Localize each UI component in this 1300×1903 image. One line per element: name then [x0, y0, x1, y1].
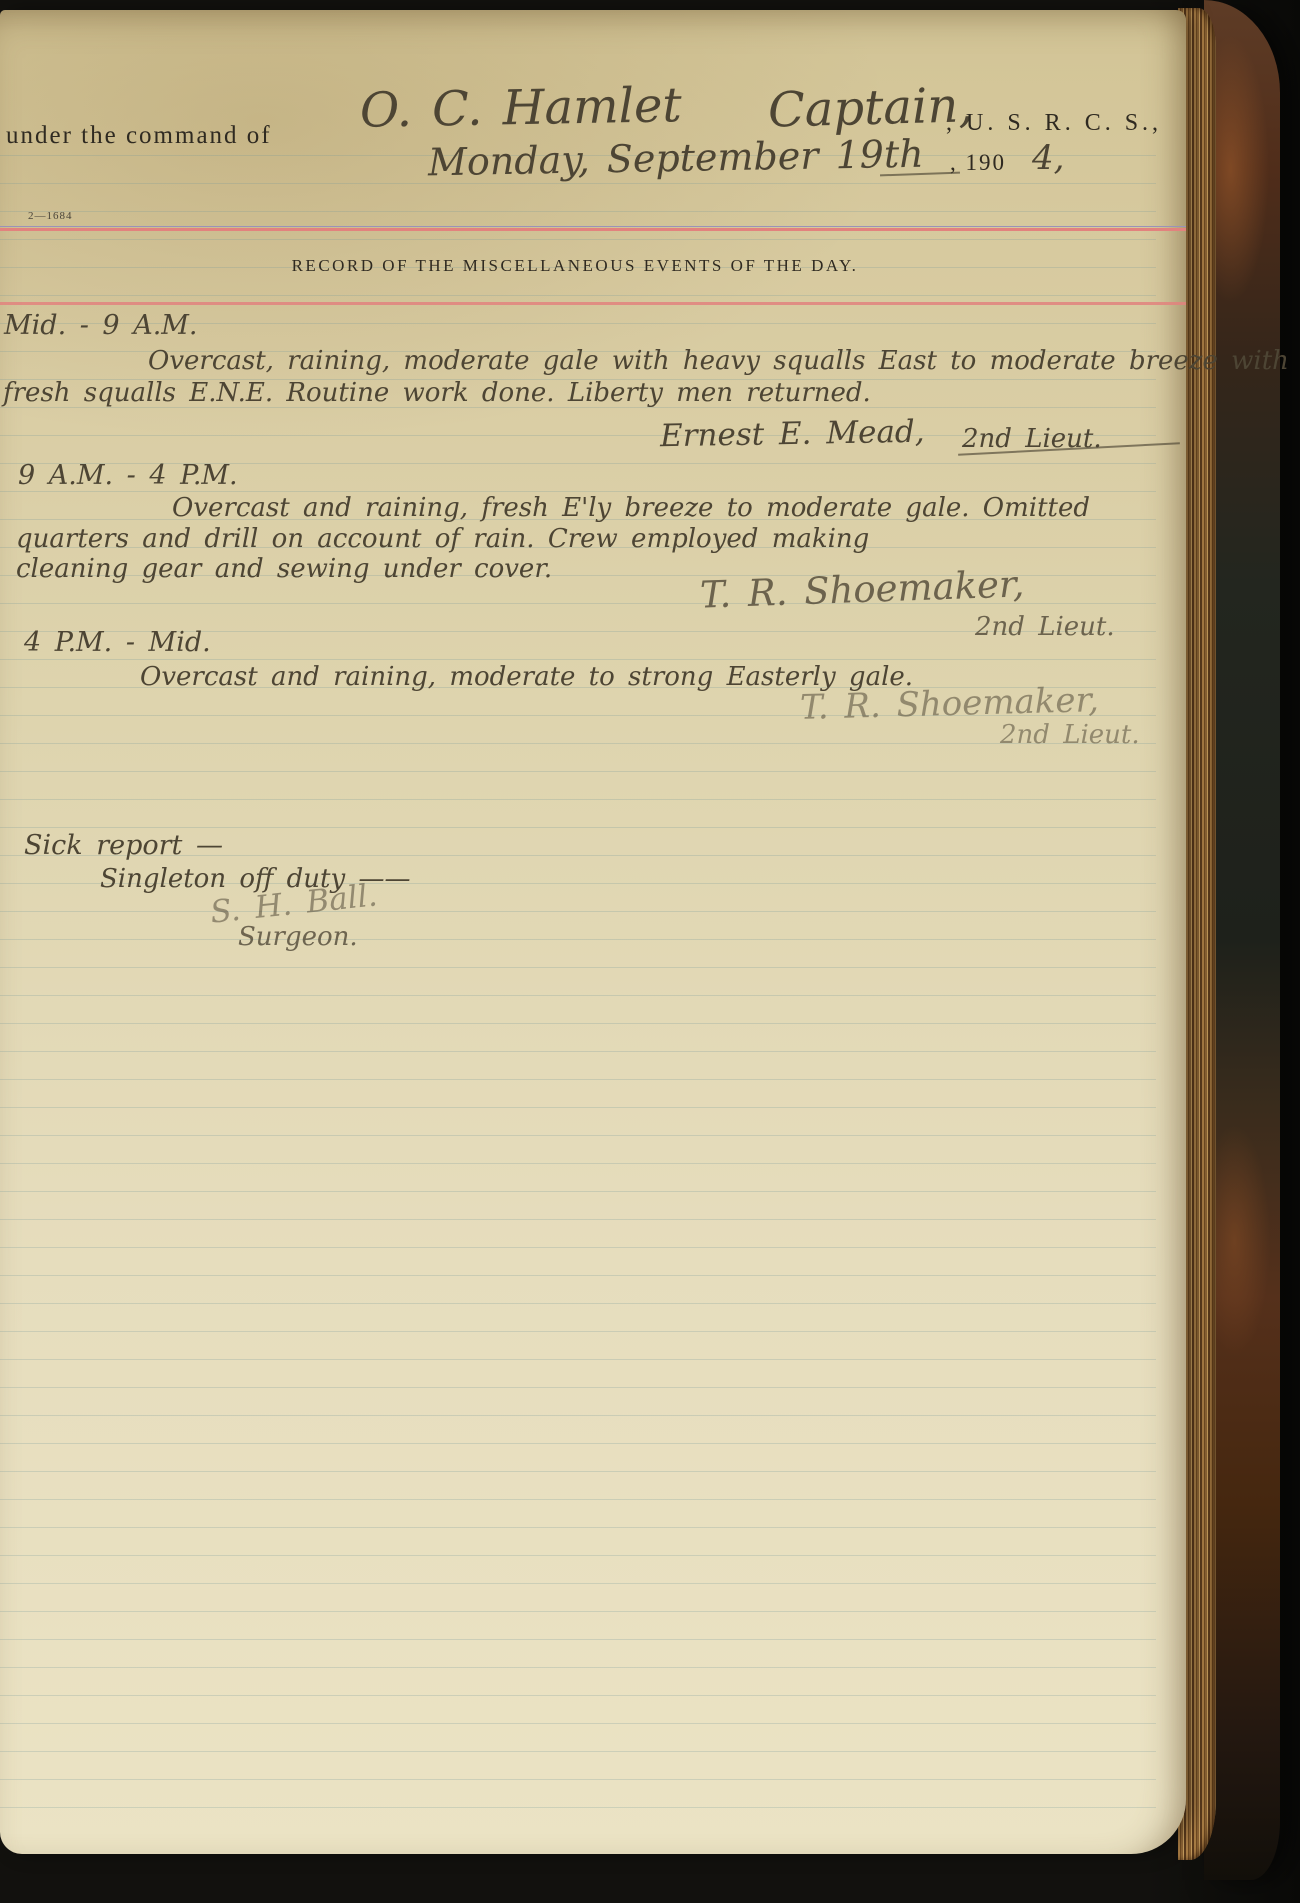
entry-body-line: quarters and drill on account of rain. C…: [16, 524, 869, 554]
entry-body-line: Overcast, raining, moderate gale with he…: [148, 346, 1289, 376]
handwritten-date: Monday, September 19th: [428, 132, 924, 185]
handwritten-year-digit: 4,: [1032, 138, 1064, 178]
handwritten-commander-name: O. C. Hamlet: [360, 77, 683, 139]
entry-body-line: cleaning gear and sewing under cover.: [16, 554, 552, 584]
surgeon-title: Surgeon.: [238, 922, 358, 952]
entry-body-line: Overcast and raining, moderate to strong…: [140, 662, 913, 692]
sick-report-heading: Sick report —: [24, 830, 223, 861]
handwritten-commander-rank: Captain,: [767, 77, 974, 138]
photo-of-logbook: under the command of O. C. Hamlet Captai…: [0, 0, 1300, 1903]
section-title: RECORD OF THE MISCELLANEOUS EVENTS OF TH…: [0, 256, 1150, 276]
printed-service-abbreviation: , U. S. R. C. S.,: [946, 110, 1162, 137]
form-number: 2—1684: [28, 210, 73, 222]
entry-signature-rank: 2nd Lieut.: [962, 424, 1102, 454]
entry-signature-rank: 2nd Lieut.: [975, 612, 1115, 642]
single-margin-rule: [0, 302, 1186, 305]
printed-year-prefix: , 190: [950, 150, 1006, 176]
entry-signature-rank: 2nd Lieut.: [1000, 720, 1140, 750]
entry-signature-name: T. R. Shoemaker,: [699, 562, 1025, 616]
logbook-page: under the command of O. C. Hamlet Captai…: [0, 10, 1186, 1854]
entry-signature-name: Ernest E. Mead,: [660, 414, 925, 455]
double-margin-rule: [0, 226, 1186, 231]
printed-command-prefix: under the command of: [6, 122, 272, 150]
entry-watch-heading: Mid. - 9 A.M.: [4, 310, 198, 341]
entry-body-line: fresh squalls E.N.E. Routine work done. …: [3, 378, 871, 408]
entry-watch-heading: 9 A.M. - 4 P.M.: [18, 460, 238, 491]
entry-watch-heading: 4 P.M. - Mid.: [24, 627, 211, 658]
entry-body-line: Overcast and raining, fresh E'ly breeze …: [172, 493, 1090, 523]
